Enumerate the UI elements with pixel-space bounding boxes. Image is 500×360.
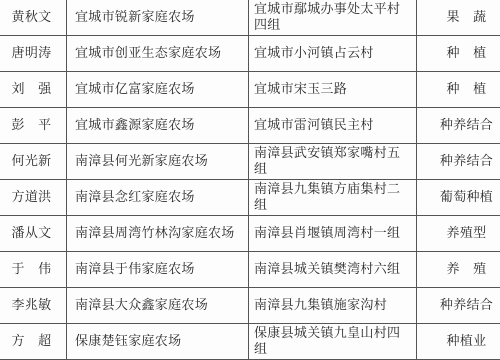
table-row: 刘 强 宜城市亿富家庭农场 宜城市宋玉三路 种 植 (0, 72, 500, 108)
owner-name: 唐明涛 (0, 36, 67, 72)
farm-name: 南漳县何光新家庭农场 (67, 144, 249, 180)
farm-type: 种 植 (417, 36, 500, 72)
farm-type: 种养结合 (417, 108, 500, 144)
table-row: 方 超 保康楚钰家庭农场 保康县城关镇九皇山村四组 种植业 (0, 324, 500, 360)
table-row: 潘从文 南漳县周湾竹林沟家庭农场 南漳县肖堰镇周湾村一组 养殖型 (0, 216, 500, 252)
table-row: 唐明涛 宜城市创亚生态家庭农场 宜城市小河镇占云村 种 植 (0, 36, 500, 72)
document-page: 黄秋文 宜城市锐新家庭农场 宜城市鄢城办事处太平村四组 果 蔬 唐明涛 宜城市创… (0, 0, 500, 360)
farm-name: 宜城市亿富家庭农场 (67, 72, 249, 108)
farm-name: 保康楚钰家庭农场 (67, 324, 249, 360)
farm-address: 宜城市宋玉三路 (249, 72, 417, 108)
farm-type: 种植业 (417, 324, 500, 360)
farm-address: 南漳县武安镇郑家嘴村五组 (249, 144, 417, 180)
family-farm-table: 黄秋文 宜城市锐新家庭农场 宜城市鄢城办事处太平村四组 果 蔬 唐明涛 宜城市创… (0, 0, 500, 360)
farm-address: 保康县城关镇九皇山村四组 (249, 324, 417, 360)
owner-name: 潘从文 (0, 216, 67, 252)
owner-name: 李兆敏 (0, 288, 67, 324)
owner-name: 方 超 (0, 324, 67, 360)
farm-type: 种 植 (417, 72, 500, 108)
farm-address: 宜城市鄢城办事处太平村四组 (249, 0, 417, 36)
table-row: 彭 平 宜城市鑫源家庭农场 宜城市雷河镇民主村 种养结合 (0, 108, 500, 144)
farm-address: 宜城市雷河镇民主村 (249, 108, 417, 144)
farm-type: 果 蔬 (417, 0, 500, 36)
table-row: 于 伟 南漳县于伟家庭农场 南漳县城关镇樊湾村六组 养 殖 (0, 252, 500, 288)
owner-name: 黄秋文 (0, 0, 67, 36)
owner-name: 刘 强 (0, 72, 67, 108)
farm-address: 南漳县九集镇施家沟村 (249, 288, 417, 324)
owner-name: 方道洪 (0, 180, 67, 216)
farm-address: 南漳县肖堰镇周湾村一组 (249, 216, 417, 252)
farm-name: 宜城市创亚生态家庭农场 (67, 36, 249, 72)
farm-name: 南漳县念红家庭农场 (67, 180, 249, 216)
farm-address: 宜城市小河镇占云村 (249, 36, 417, 72)
farm-name: 南漳县于伟家庭农场 (67, 252, 249, 288)
farm-type: 葡萄种植 (417, 180, 500, 216)
farm-address: 南漳县城关镇樊湾村六组 (249, 252, 417, 288)
table-row: 李兆敏 南漳县大众鑫家庭农场 南漳县九集镇施家沟村 种养结合 (0, 288, 500, 324)
farm-address: 南漳县九集镇方庙集村二组 (249, 180, 417, 216)
owner-name: 彭 平 (0, 108, 67, 144)
farm-type: 种养结合 (417, 144, 500, 180)
owner-name: 何光新 (0, 144, 67, 180)
farm-type: 养 殖 (417, 252, 500, 288)
table-row: 何光新 南漳县何光新家庭农场 南漳县武安镇郑家嘴村五组 种养结合 (0, 144, 500, 180)
table-row: 方道洪 南漳县念红家庭农场 南漳县九集镇方庙集村二组 葡萄种植 (0, 180, 500, 216)
farm-type: 种养结合 (417, 288, 500, 324)
farm-name: 宜城市鑫源家庭农场 (67, 108, 249, 144)
farm-type: 养殖型 (417, 216, 500, 252)
farm-name: 宜城市锐新家庭农场 (67, 0, 249, 36)
farm-name: 南漳县周湾竹林沟家庭农场 (67, 216, 249, 252)
table-row: 黄秋文 宜城市锐新家庭农场 宜城市鄢城办事处太平村四组 果 蔬 (0, 0, 500, 36)
farm-name: 南漳县大众鑫家庭农场 (67, 288, 249, 324)
owner-name: 于 伟 (0, 252, 67, 288)
